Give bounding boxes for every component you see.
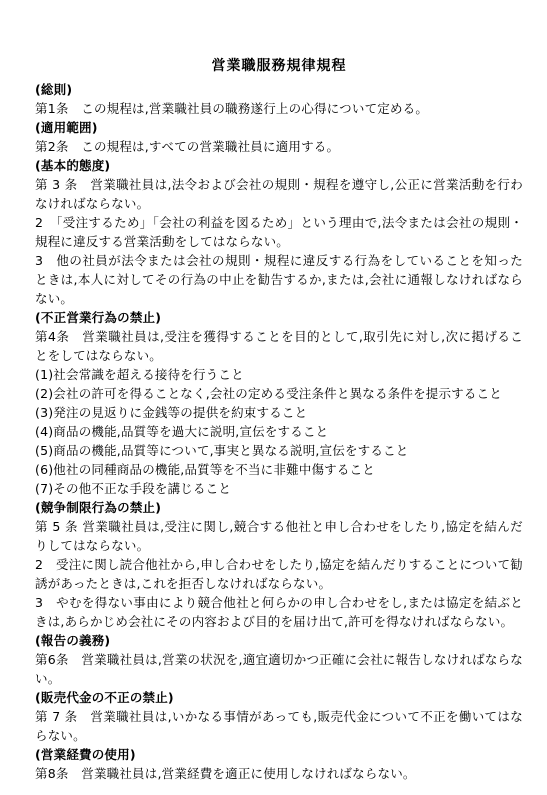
document-title: 営業職服務規律規程	[35, 57, 523, 76]
article-4-item-7: (7)その他不正な手段を講じること	[35, 479, 523, 498]
article-4-item-4: (4)商品の機能,品質等を過大に説明,宣伝をすること	[35, 422, 523, 441]
article-3-paragraph-2: 2 「受注するため」「会社の利益を図るため」という理由で,法令または会社の規則・…	[35, 213, 523, 251]
article-4-item-6: (6)他社の同種商品の機能,品質等を不当に非難中傷すること	[35, 460, 523, 479]
article-3-paragraph-3: 3 他の社員が法令または会社の規則・規程に違反する行為をしていることを知ったとき…	[35, 251, 523, 308]
article-4-item-5: (5)商品の機能,品質等について,事実と異なる説明,宣伝をすること	[35, 441, 523, 460]
article-5-paragraph-1: 第 5 条 営業職社員は,受注に関し,競合する他社と申し合わせをしたり,協定を結…	[35, 517, 523, 555]
section-prohibited-sales-acts: (不正営業行為の禁止) 第4条 営業職社員は,受注を獲得することを目的として,取…	[35, 308, 523, 498]
section-scope: (適用範囲) 第2条 この規程は,すべての営業職社員に適用する。	[35, 118, 523, 156]
section-heading: (適用範囲)	[35, 118, 523, 137]
section-heading: (競争制限行為の禁止)	[35, 498, 523, 517]
article-4-item-1: (1)社会常識を超える接待を行うこと	[35, 365, 523, 384]
article-4-paragraph: 第4条 営業職社員は,受注を獲得することを目的として,取引先に対し,次に掲げるこ…	[35, 327, 523, 365]
section-heading: (基本的態度)	[35, 156, 523, 175]
article-1-paragraph: 第1条 この規程は,営業職社員の職務遂行上の心得について定める。	[35, 99, 523, 118]
section-competition-restriction: (競争制限行為の禁止) 第 5 条 営業職社員は,受注に関し,競合する他社と申し…	[35, 498, 523, 631]
section-heading: (総則)	[35, 80, 523, 99]
article-5-paragraph-2: 2 受注に関し読合他社から,申し合わせをしたり,協定を結んだりすることについて勧…	[35, 555, 523, 593]
article-8-paragraph: 第8条 営業職社員は,営業経費を適正に使用しなければならない。	[35, 764, 523, 783]
article-5-paragraph-3: 3 やむを得ない事由により競合他社と何らかの申し合わせをし,または協定を結ぶとき…	[35, 593, 523, 631]
article-4-item-2: (2)会社の許可を得ることなく,会社の定める受注条件と異なる条件を提示すること	[35, 384, 523, 403]
section-heading: (報告の義務)	[35, 631, 523, 650]
section-basic-attitude: (基本的態度) 第 3 条 営業職社員は,法令および会社の規則・規程を遵守し,公…	[35, 156, 523, 308]
document-page: 営業職服務規律規程 (総則) 第1条 この規程は,営業職社員の職務遂行上の心得に…	[0, 0, 547, 795]
article-7-paragraph: 第 7 条 営業職社員は,いかなる事情があっても,販売代金について不正を働いては…	[35, 707, 523, 745]
article-2-paragraph: 第2条 この規程は,すべての営業職社員に適用する。	[35, 137, 523, 156]
article-3-paragraph-1: 第 3 条 営業職社員は,法令および会社の規則・規程を遵守し,公正に営業活動を行…	[35, 175, 523, 213]
section-general-rules: (総則) 第1条 この規程は,営業職社員の職務遂行上の心得について定める。	[35, 80, 523, 118]
section-heading: (販売代金の不正の禁止)	[35, 688, 523, 707]
section-heading: (営業経費の使用)	[35, 745, 523, 764]
article-4-item-3: (3)発注の見返りに金銭等の提供を約束すること	[35, 403, 523, 422]
section-heading: (不正営業行為の禁止)	[35, 308, 523, 327]
section-sales-proceeds-fraud: (販売代金の不正の禁止) 第 7 条 営業職社員は,いかなる事情があっても,販売…	[35, 688, 523, 745]
article-6-paragraph: 第6条 営業職社員は,営業の状況を,適宜適切かつ正確に会社に報告しなければならな…	[35, 650, 523, 688]
section-duty-to-report: (報告の義務) 第6条 営業職社員は,営業の状況を,適宜適切かつ正確に会社に報告…	[35, 631, 523, 688]
section-sales-expenses: (営業経費の使用) 第8条 営業職社員は,営業経費を適正に使用しなければならない…	[35, 745, 523, 783]
